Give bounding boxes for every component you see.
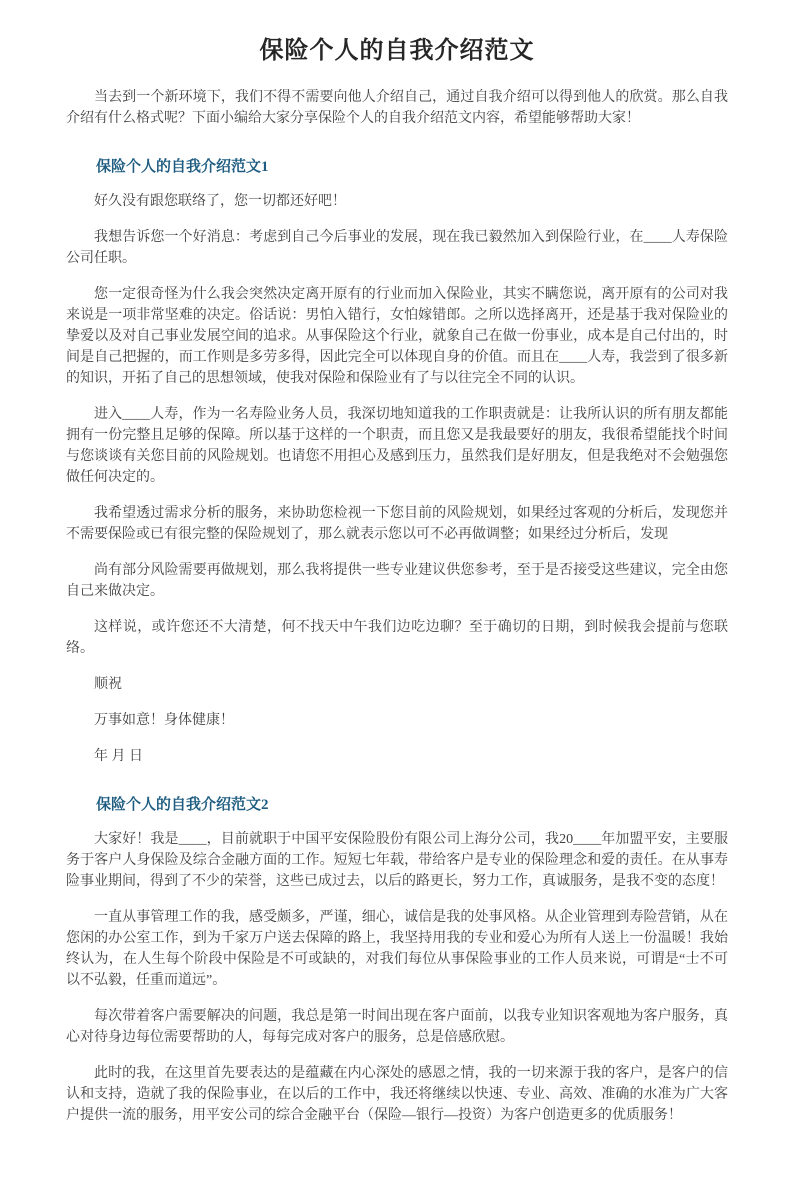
section-1-paragraph: 进入____人寿，作为一名寿险业务人员，我深切地知道我的工作职责就是：让我所认识… [66, 404, 728, 488]
section-1-paragraph: 您一定很奇怪为什么我会突然决定离开原有的行业而加入保险业，其实不瞒您说，离开原有… [66, 284, 728, 389]
section-1-wishes: 万事如意！身体健康！ [66, 710, 728, 731]
section-1-salutation: 顺祝 [66, 674, 728, 695]
section-sample-1: 保险个人的自我介绍范文1 好久没有跟您联络了，您一切都还好吧！ 我想告诉您一个好… [66, 155, 728, 767]
section-1-paragraph: 这样说，或许您还不大清楚，何不找天中午我们边吃边聊？至于确切的日期，到时候我会提… [66, 617, 728, 659]
section-2-paragraph: 大家好！我是____，目前就职于中国平安保险股份有限公司上海分公司，我20___… [66, 829, 728, 892]
section-2-heading: 保险个人的自我介绍范文2 [66, 793, 728, 814]
section-1-paragraph: 我想告诉您一个好消息：考虑到自己今后事业的发展，现在我已毅然加入到保险行业，在_… [66, 227, 728, 269]
intro-paragraph: 当去到一个新环境下，我们不得不需要向他人介绍自己，通过自我介绍可以得到他人的欣赏… [66, 87, 728, 129]
section-1-date-line: 年 月 日 [66, 746, 728, 767]
section-1-paragraph: 好久没有跟您联络了，您一切都还好吧！ [66, 191, 728, 212]
section-2-paragraph: 此时的我，在这里首先要表达的是蕴藏在内心深处的感恩之情，我的一切来源于我的客户，… [66, 1063, 728, 1126]
section-2-paragraph: 每次带着客户需要解决的问题，我总是第一时间出现在客户面前，以我专业知识客观地为客… [66, 1006, 728, 1048]
section-1-heading: 保险个人的自我介绍范文1 [66, 155, 728, 176]
section-sample-2: 保险个人的自我介绍范文2 大家好！我是____，目前就职于中国平安保险股份有限公… [66, 793, 728, 1126]
section-1-paragraph: 尚有部分风险需要再做规划，那么我将提供一些专业建议供您参考，至于是否接受这些建议… [66, 560, 728, 602]
document-page: 保险个人的自我介绍范文 当去到一个新环境下，我们不得不需要向他人介绍自己，通过自… [0, 0, 794, 1189]
section-1-paragraph: 我希望透过需求分析的服务，来协助您检视一下您目前的风险规划，如果经过客观的分析后… [66, 503, 728, 545]
page-title: 保险个人的自我介绍范文 [66, 30, 728, 65]
section-2-paragraph: 一直从事管理工作的我，感受颇多，严谨，细心，诚信是我的处事风格。从企业管理到寿险… [66, 907, 728, 991]
